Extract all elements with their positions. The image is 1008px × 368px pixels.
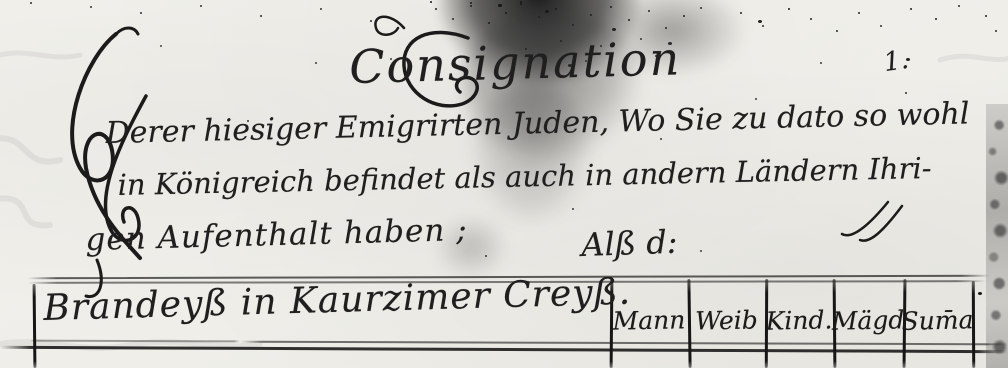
column-header-kind: Kind. [765, 295, 834, 344]
column-header-suma: Sum̄a [902, 295, 972, 345]
manuscript-page: Consignation 1. Derer hiesiger Emigrirte… [0, 0, 1008, 368]
body-line-3-annotation: Alß d: [581, 223, 678, 264]
column-header-mann: Mann [610, 295, 689, 344]
column-header-weib: Weib [688, 295, 766, 344]
folio-number: 1. [882, 45, 911, 78]
column-header-maegd: Mägd [833, 295, 904, 344]
document-title: Consignation [349, 31, 682, 94]
